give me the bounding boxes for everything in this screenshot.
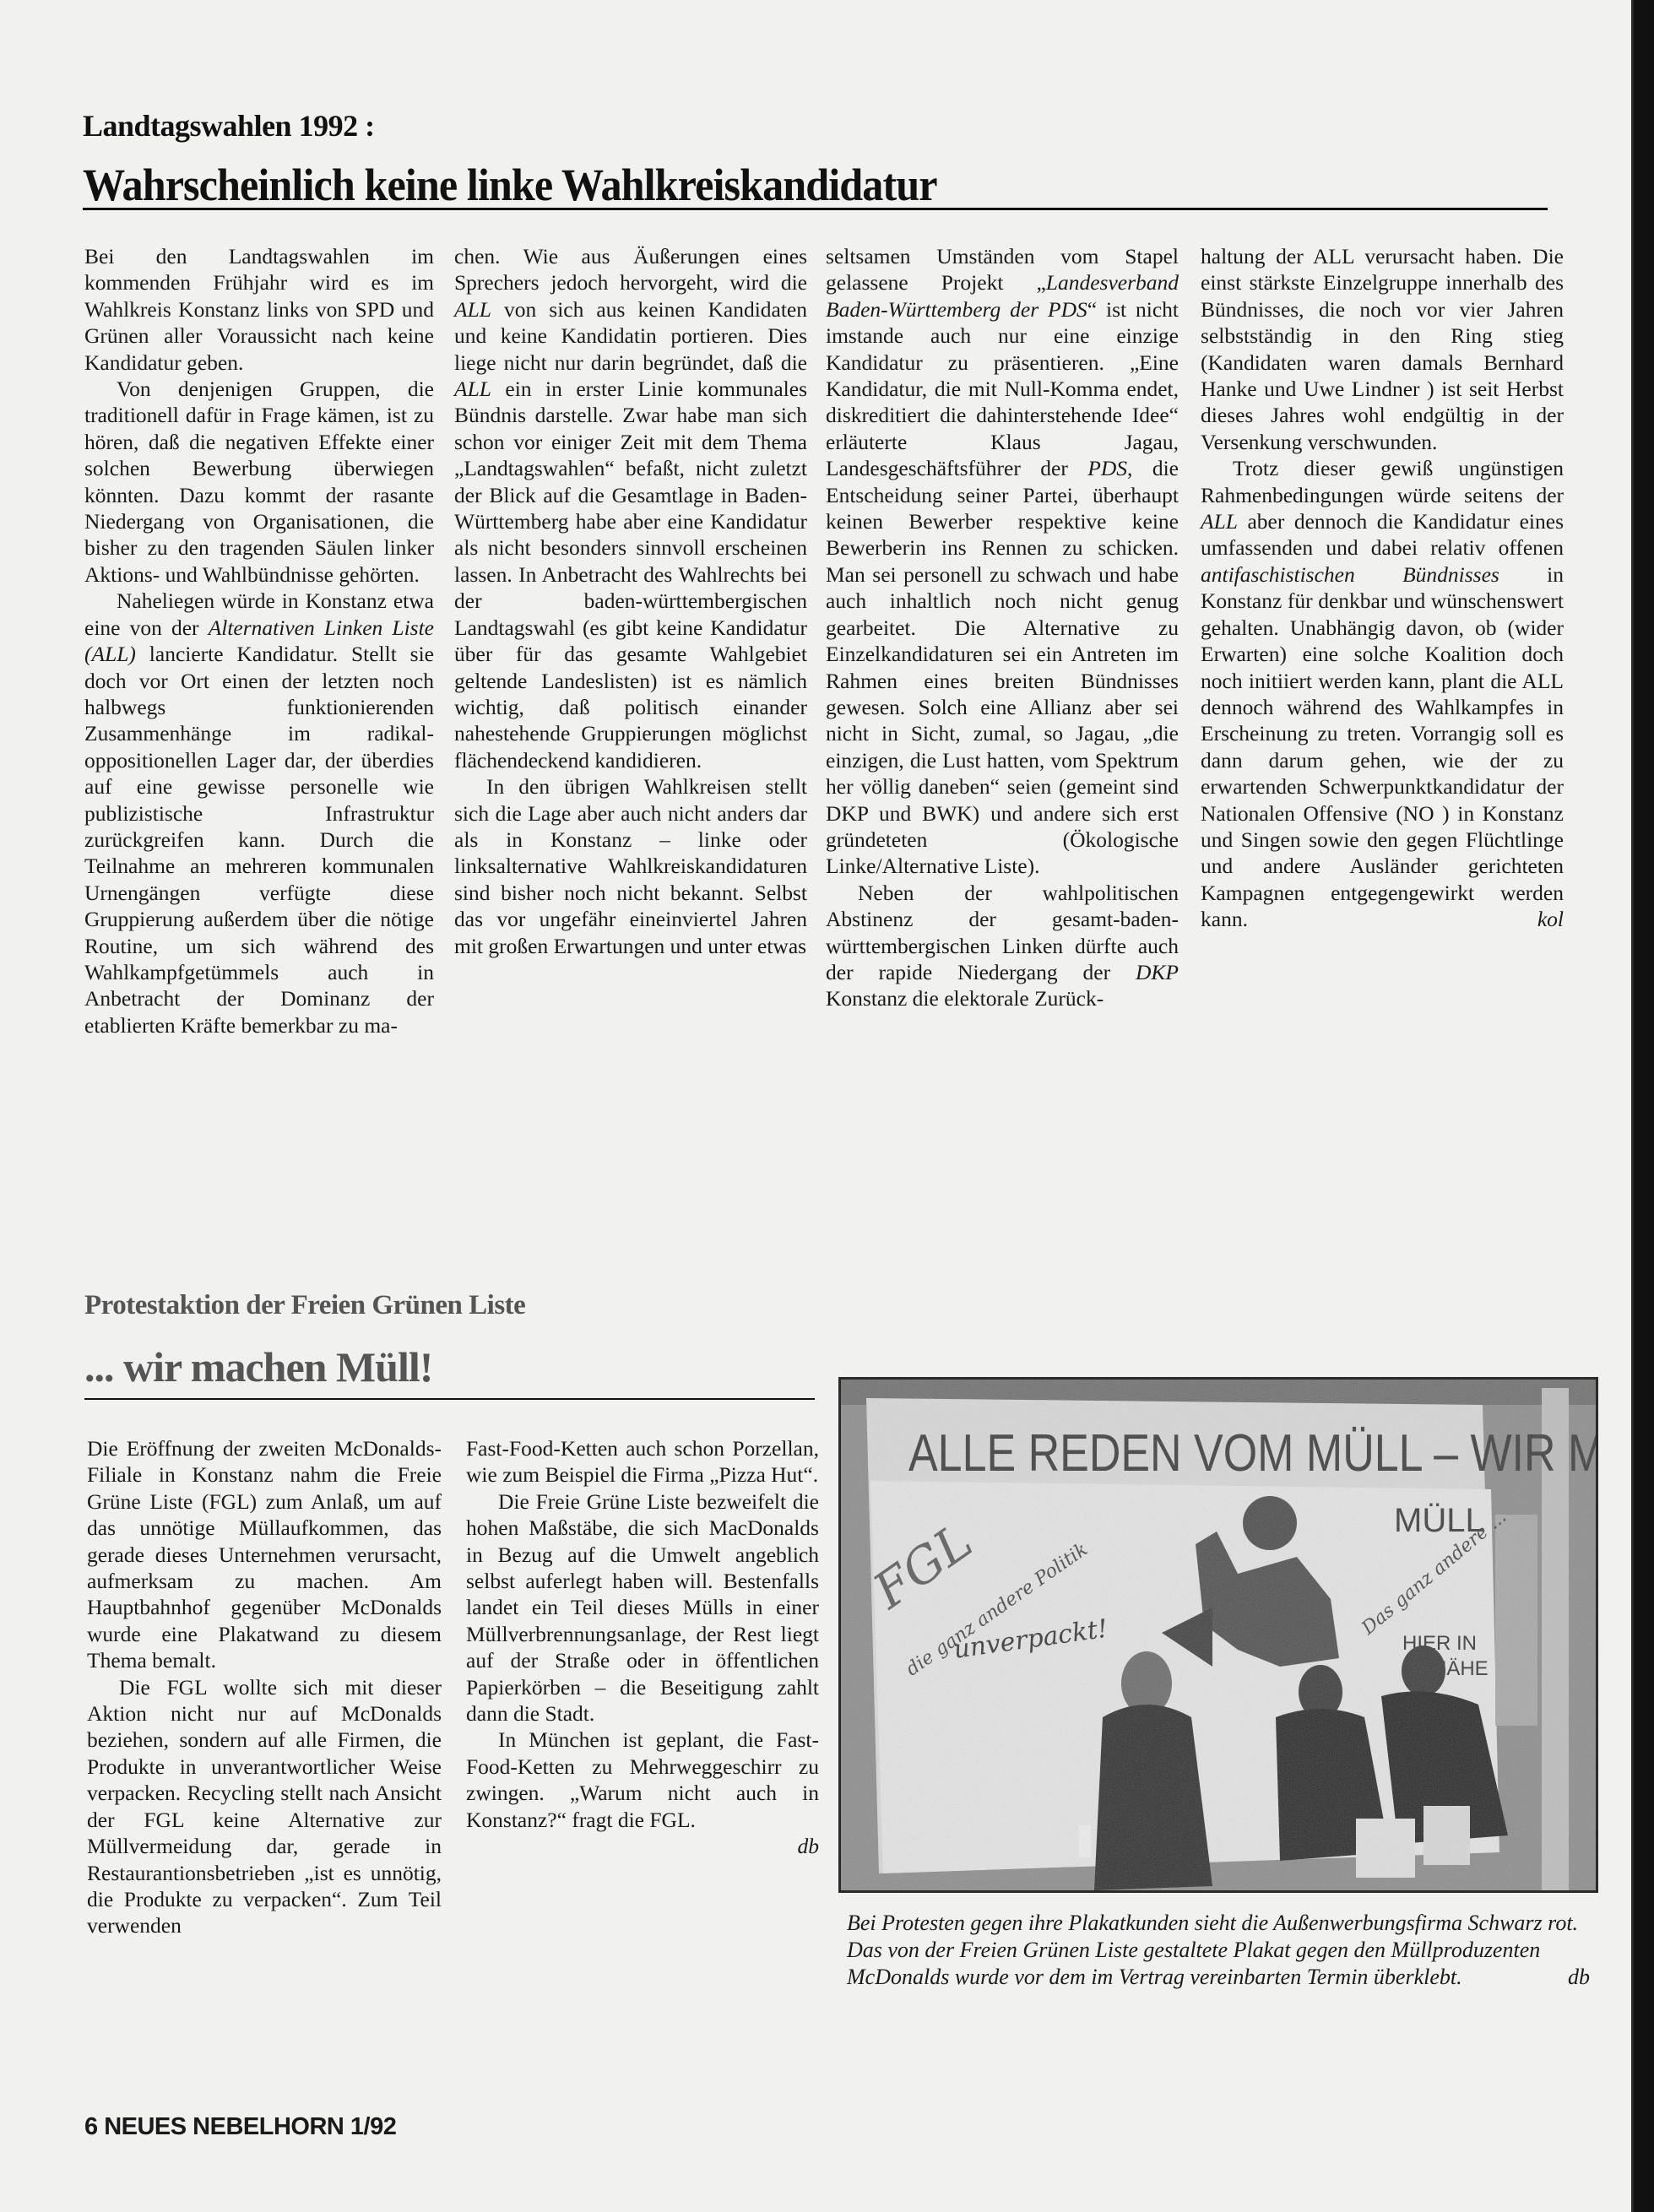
article2-kicker: Protestaktion der Freien Grünen Liste (84, 1290, 525, 1321)
paragraph: haltung der ALL verursacht haben. Die ei… (1201, 243, 1564, 455)
paragraph: chen. Wie aus Äußerungen eines Sprechers… (454, 243, 807, 773)
article2-column-1: Die Eröffnung der zweiten McDonalds-Fili… (87, 1435, 442, 1939)
paragraph: Bei den Landtagswahlen im kommenden Früh… (84, 243, 434, 376)
article1-kicker: Landtagswahlen 1992 : (83, 108, 375, 144)
page-number: 6 (84, 2113, 98, 2140)
issue-number: 1/92 (350, 2113, 396, 2140)
paragraph: Neben der wahlpolitischen Abstinenz der … (826, 880, 1179, 1012)
magazine-page: Landtagswahlen 1992 : Wahrscheinlich kei… (0, 0, 1634, 2212)
paragraph: In den übrigen Wahlkreisen stellt sich d… (454, 773, 807, 959)
article1-headline-rule (83, 208, 1548, 210)
publication-name: NEUES NEBELHORN (104, 2113, 344, 2140)
photo-illustration: ALLE REDEN VOM MÜLL – WIR MACHEN MÜLL FG… (841, 1380, 1596, 1890)
paragraph: Die FGL wollte sich mit dieser Aktion ni… (87, 1674, 442, 1939)
paragraph: Von denjenigen Gruppen, die traditionell… (84, 376, 434, 588)
paragraph: seltsamen Umständen vom Stapel gelassene… (826, 243, 1179, 880)
page-footer: 6 NEUES NEBELHORN 1/92 (84, 2113, 396, 2141)
article1-column-1: Bei den Landtagswahlen im kommenden Früh… (84, 243, 434, 1038)
article1-headline: Wahrscheinlich keine linke Wahlkreiskand… (83, 159, 937, 211)
paragraph: In München ist geplant, die Fast-Food-Ke… (466, 1727, 819, 1833)
article1-column-3: seltsamen Umständen vom Stapel gelassene… (826, 243, 1179, 1012)
article1-column-4: haltung der ALL verursacht haben. Die ei… (1201, 243, 1564, 933)
photo-caption: Bei Protesten gegen ihre Plakatkunden si… (847, 1910, 1590, 1991)
article2-headline: ... wir machen Müll! (84, 1342, 432, 1391)
caption-signature: db (1568, 1964, 1590, 1991)
author-signature: db (466, 1833, 819, 1859)
paragraph: Die Freie Grüne Liste bezweifelt die hoh… (466, 1488, 819, 1727)
author-signature: kol (1505, 906, 1564, 932)
protest-billboard-photo: ALLE REDEN VOM MÜLL – WIR MACHEN MÜLL FG… (838, 1377, 1598, 1893)
article2-column-2: Fast-Food-Ketten auch schon Porzellan, w… (466, 1435, 819, 1860)
article2-headline-rule (84, 1398, 815, 1400)
paragraph: Naheliegen würde in Konstanz etwa eine v… (84, 588, 434, 1038)
article1-column-2: chen. Wie aus Äußerungen eines Sprechers… (454, 243, 807, 959)
paragraph: Die Eröffnung der zweiten McDonalds-Fili… (87, 1435, 442, 1674)
paragraph: Trotz dieser gewiß ungünstigen Rahmenbed… (1201, 455, 1564, 932)
paragraph: Fast-Food-Ketten auch schon Porzellan, w… (466, 1435, 819, 1488)
